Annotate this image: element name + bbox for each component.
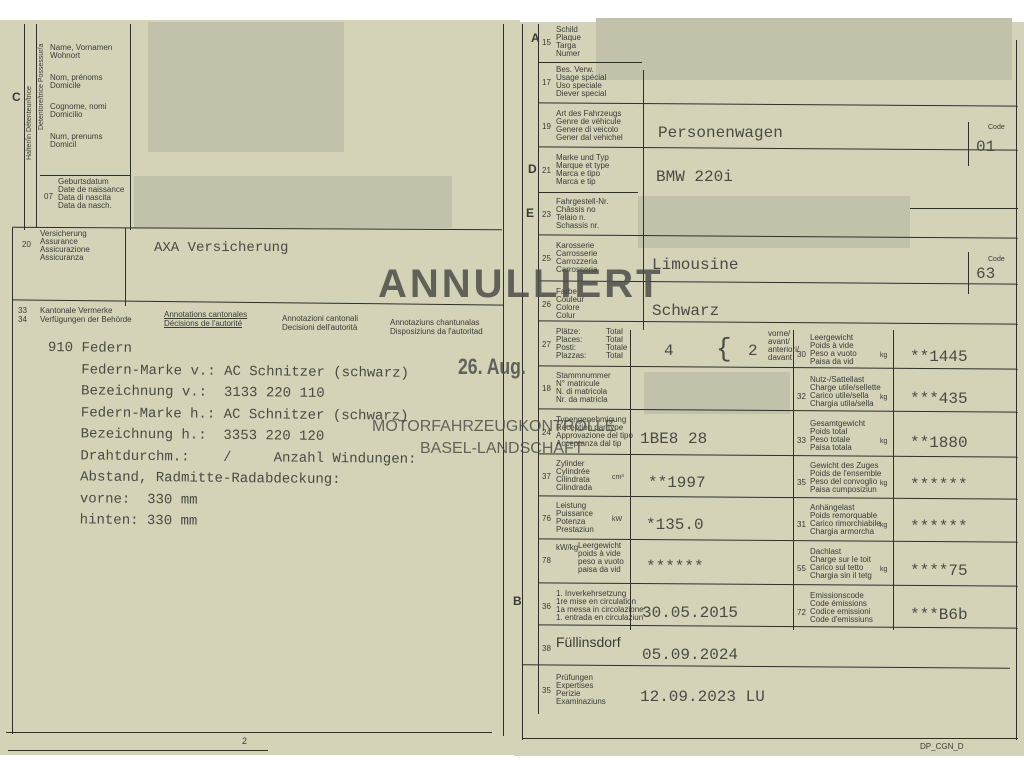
insurance-label: Versicherung Assurance Assicurazione Ass… xyxy=(40,230,90,262)
seats-front-value: 2 xyxy=(748,342,758,360)
field-label: Marke und Typ Marque et type Marca e tip… xyxy=(556,154,609,186)
field-label: Prüfungen Expertises Perizie Examinaziun… xyxy=(556,674,606,706)
rule xyxy=(36,24,37,228)
annotations-label-rm: Annotaziuns chantunalas Disposiziuns da … xyxy=(390,318,483,336)
field-value: ****** xyxy=(646,558,704,576)
field-label: kW/kg xyxy=(556,544,578,552)
weight-value: **1880 xyxy=(910,434,968,452)
weight-number: 30 xyxy=(797,350,806,359)
rule xyxy=(538,24,539,714)
holder-name-label-de: Name, Vornamen Wohnort xyxy=(50,44,112,60)
weight-value: ****** xyxy=(910,476,968,494)
rule xyxy=(522,24,523,740)
rule xyxy=(12,228,13,734)
rule xyxy=(130,24,131,230)
field-value: 1BE8 28 xyxy=(640,430,707,448)
weight-number: 72 xyxy=(797,608,806,617)
field-number: 19 xyxy=(542,122,551,131)
field-number: 78 xyxy=(542,556,551,565)
annotations-label-de: Kantonale Vermerke Verfügungen der Behör… xyxy=(40,306,132,324)
field-number: 07 xyxy=(44,192,53,201)
field-number: 38 xyxy=(542,644,551,653)
field-number: 15 xyxy=(542,38,551,47)
vehicle-type-code: 01 xyxy=(976,138,995,156)
redacted-holder-name xyxy=(148,22,344,152)
seats-front-label: vorne/ avant/ anteriori/ davant xyxy=(768,330,799,362)
field-label: Leistung Puissance Potenza Prestaziun xyxy=(556,502,594,534)
page-number: 2 xyxy=(242,736,247,746)
holder-name-label-rm: Num, prenums Domicil xyxy=(50,133,102,149)
weight-label: Emissionscode Code émissions Codice emis… xyxy=(810,592,873,624)
redacted-birthdate xyxy=(134,176,452,228)
section-label-e: E xyxy=(526,206,534,220)
field-label: Zylinder Cylindrée Cilindrata Cilindrada xyxy=(556,460,592,492)
weight-number: 55 xyxy=(797,564,806,573)
form-code: DP_CGN_D xyxy=(920,742,964,751)
unit-label: kg xyxy=(880,438,887,445)
field-sublabel: Leergewicht poids à vide peso a vuoto pa… xyxy=(578,542,624,574)
unit-label: kg xyxy=(880,352,887,359)
weight-number: 35 xyxy=(797,478,806,487)
unit-label: kg xyxy=(880,522,887,529)
unit-label: kg xyxy=(880,480,887,487)
weight-number: 33 xyxy=(797,436,806,445)
field-label: 1. Inverkehrsetzung 1re mise en circulat… xyxy=(556,590,644,622)
date-stamp: 26. Aug. xyxy=(458,354,526,380)
field-value: BMW 220i xyxy=(656,168,733,186)
insurance-value: AXA Versicherung xyxy=(154,240,288,256)
redacted-plate xyxy=(596,18,1012,80)
rule xyxy=(1016,40,1017,740)
birthdate-label: Geburtsdatum Date de naissance Data di n… xyxy=(58,178,124,210)
code-label: Code xyxy=(988,124,1005,131)
authority-stamp-line1: MOTORFAHRZEUGKONTROLLE xyxy=(372,418,615,436)
body-code: 63 xyxy=(976,265,995,283)
authority-stamp-line2: BASEL-LANDSCHAFT xyxy=(420,440,584,458)
field-number: 76 xyxy=(542,514,551,523)
weight-value: ***435 xyxy=(910,390,968,408)
brace-icon: { xyxy=(716,334,732,364)
field-number: 21 xyxy=(542,166,551,175)
field-value: 12.09.2023 LU xyxy=(640,688,765,706)
annotations-label-it: Annotazioni cantonali Decisioni dell'aut… xyxy=(282,314,358,332)
field-value: Personenwagen xyxy=(658,124,783,142)
remark-line: Bezeichnung v.: 3133 220 110 xyxy=(47,383,324,402)
field-label: Bes. Verw. Usage spécial Uso speciale Di… xyxy=(556,66,606,98)
holder-vertical-label: Halter/in Détenteur/trice xyxy=(26,86,33,160)
weight-label: Anhängelast Poids remorquable Carico rim… xyxy=(810,504,881,536)
remark-line: 910 Federn xyxy=(48,340,132,357)
remark-line: Bezeichnung h.: 3353 220 120 xyxy=(47,426,324,445)
weight-value: ****** xyxy=(910,518,968,536)
weight-label: Gesamtgewicht Poids total Peso totale Pa… xyxy=(810,420,865,452)
field-value: 30.05.2015 xyxy=(642,604,738,622)
field-label: Stammnummer N° matricule N. di matricola… xyxy=(556,372,611,404)
field-number: 27 xyxy=(542,340,551,349)
rule xyxy=(24,24,25,230)
redacted-matricule xyxy=(644,372,790,414)
field-number: 20 xyxy=(22,240,31,249)
field-label: Fahrgestell-Nr. Châssis no Telaio n. Sch… xyxy=(556,198,608,230)
rule xyxy=(968,252,969,294)
field-value: 05.09.2024 xyxy=(642,646,738,664)
remark-line: Abstand, Radmitte-Radabdeckung: xyxy=(46,469,340,488)
redacted-chassis xyxy=(638,196,910,248)
rule xyxy=(538,192,638,193)
field-value: Limousine xyxy=(652,256,738,274)
seats-total-label: Total Total Totale Total xyxy=(606,328,627,360)
field-value: *135.0 xyxy=(646,516,704,534)
rule xyxy=(910,208,1018,209)
unit-label: kg xyxy=(880,394,887,401)
remark-line: vorne: 330 mm xyxy=(46,490,197,508)
weight-label: Dachlast Charge sur le toit Carico sul t… xyxy=(810,548,872,580)
field-value: **1997 xyxy=(648,474,706,492)
weight-label: Nutz-/Sattellast Charge utile/sellette C… xyxy=(810,376,881,408)
unit-label: kg xyxy=(880,566,887,573)
unit-label: kW xyxy=(612,516,622,523)
section-label-c: C xyxy=(12,90,21,104)
field-value: 4 xyxy=(664,342,674,360)
field-label: Schild Plaque Targa Numer xyxy=(556,26,581,58)
weight-number: 32 xyxy=(797,392,806,401)
rule xyxy=(522,738,1018,739)
remark-line: hinten: 330 mm xyxy=(46,512,197,530)
section-label-d: D xyxy=(528,162,537,176)
annulliert-stamp: ANNULLIERT xyxy=(378,262,664,307)
weight-number: 31 xyxy=(797,520,806,529)
rule xyxy=(968,122,969,166)
rule xyxy=(40,175,130,176)
weight-label: Leergewicht Poids à vide Peso a vuoto Pa… xyxy=(810,334,857,366)
holder-vertical-label: Detentore/trice Possessur/a xyxy=(38,44,45,130)
code-label: Code xyxy=(988,256,1005,263)
field-label: Plätze: Places: Posti: Plazzas: xyxy=(556,328,586,360)
field-number: 35 xyxy=(542,686,551,695)
field-number: 23 xyxy=(542,210,551,219)
rule xyxy=(630,330,631,630)
weight-value: ***B6b xyxy=(910,606,968,624)
weight-label: Gewicht des Zuges Poids de l'ensemble Pe… xyxy=(810,462,881,494)
section-label-a: A xyxy=(531,31,540,45)
annotations-label-fr: Annotations cantonales Décisions de l'au… xyxy=(164,310,247,328)
weight-value: ****75 xyxy=(910,562,968,580)
section-label-b: B xyxy=(513,594,522,608)
field-label: Art des Fahrzeugs Genre de véhicule Gene… xyxy=(556,110,623,142)
field-number: 37 xyxy=(542,472,551,481)
holder-name-label-fr: Nom, prénoms Domicile xyxy=(50,74,102,90)
rule xyxy=(6,732,492,733)
rule xyxy=(503,24,504,736)
unit-label: cm³ xyxy=(612,474,624,481)
field-number: 18 xyxy=(542,384,551,393)
rule xyxy=(8,750,268,751)
rule xyxy=(538,62,642,63)
field-number: 36 xyxy=(542,602,551,611)
field-label: Füllinsdorf xyxy=(556,638,621,646)
weight-value: **1445 xyxy=(910,348,968,366)
holder-name-label-it: Cognome, nomi Domicilio xyxy=(50,103,106,119)
field-number: 17 xyxy=(542,78,551,87)
annotations-number: 33 34 xyxy=(18,306,27,324)
rule xyxy=(125,228,126,306)
